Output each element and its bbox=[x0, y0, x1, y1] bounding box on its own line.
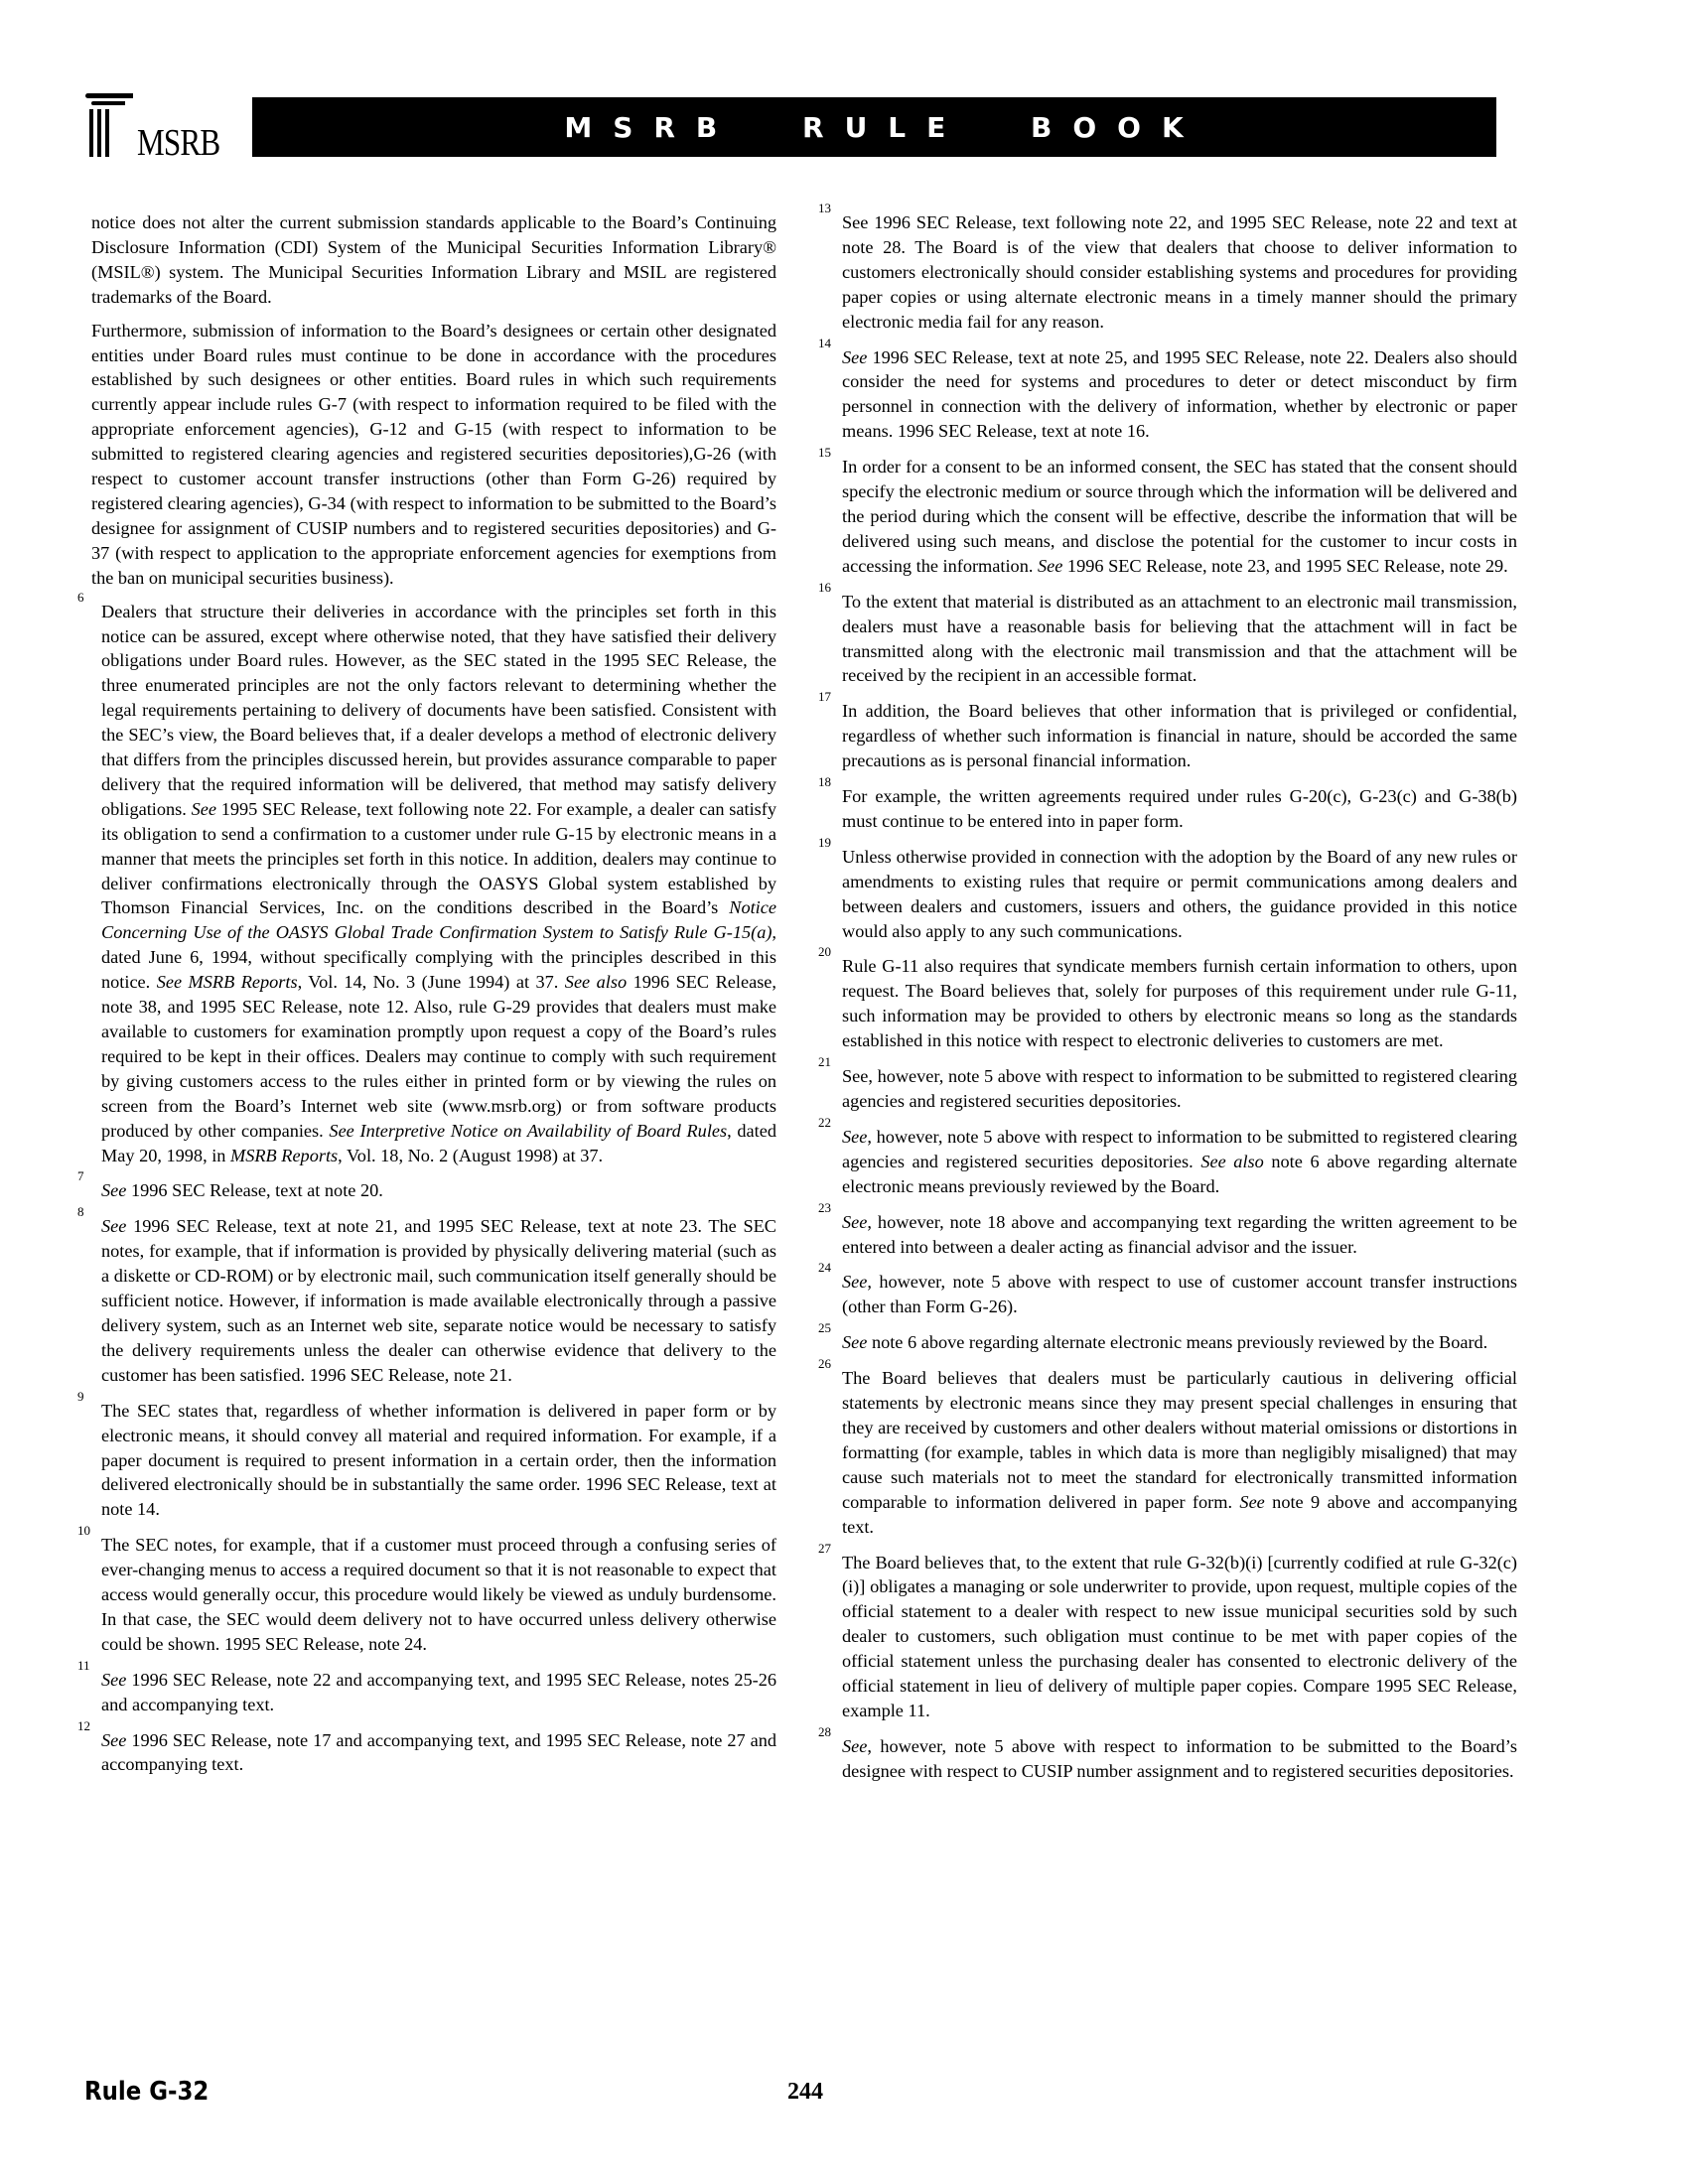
footnote-25: 25See note 6 above regarding alternate e… bbox=[832, 1330, 1517, 1355]
column-pillar-icon bbox=[105, 109, 109, 157]
footnote-text: See 1996 SEC Release, text following not… bbox=[842, 212, 1517, 332]
footnote-text: Dealers that structure their deliveries … bbox=[101, 602, 776, 819]
logo-text: MSRB bbox=[137, 124, 219, 162]
footnote-23: 23See, however, note 18 above and accomp… bbox=[832, 1210, 1517, 1260]
footnote-number: 14 bbox=[818, 337, 831, 349]
footnote-text: , Vol. 18, No. 2 (August 1998) at 37. bbox=[338, 1146, 603, 1165]
footnote-text: See, however, note 5 above with respect … bbox=[842, 1066, 1517, 1111]
footnote-text: 1996 SEC Release, note 17 and accompanyi… bbox=[101, 1730, 776, 1775]
footnote-7: 7See 1996 SEC Release, text at note 20. bbox=[91, 1178, 776, 1203]
footnote-number: 18 bbox=[818, 775, 831, 788]
footnote-text: In addition, the Board believes that oth… bbox=[842, 701, 1517, 770]
footnote-citation-italic: See also bbox=[565, 972, 627, 992]
footnote-26: 26The Board believes that dealers must b… bbox=[832, 1366, 1517, 1539]
banner-title: MSRB RULE BOOK bbox=[544, 111, 1203, 144]
footnote-citation-italic: See also bbox=[1200, 1152, 1263, 1171]
footnote-text: 1996 SEC Release, note 22 and accompanyi… bbox=[101, 1670, 776, 1714]
footnote-citation-italic: See bbox=[842, 1736, 867, 1756]
footnote-22: 22See, however, note 5 above with respec… bbox=[832, 1125, 1517, 1199]
header-banner: MSRB RULE BOOK bbox=[252, 97, 1496, 157]
footnote-number: 21 bbox=[818, 1055, 831, 1068]
footnote-text: 1996 SEC Release, note 38, and 1995 SEC … bbox=[101, 972, 776, 1140]
footnote-number: 9 bbox=[77, 1390, 84, 1403]
footnote-16: 16To the extent that material is distrib… bbox=[832, 590, 1517, 689]
footnote-citation-italic: See bbox=[842, 1332, 867, 1352]
footnote-text: The SEC states that, regardless of wheth… bbox=[101, 1401, 776, 1520]
left-column: notice does not alter the current submis… bbox=[91, 210, 776, 1788]
footnote-number: 19 bbox=[818, 836, 831, 849]
footnote-number: 16 bbox=[818, 581, 831, 594]
footnote-15: 15In order for a consent to be an inform… bbox=[832, 455, 1517, 579]
footnote-list: 13See 1996 SEC Release, text following n… bbox=[832, 210, 1517, 1784]
footnote-text: 1996 SEC Release, text at note 21, and 1… bbox=[101, 1216, 776, 1384]
body-paragraph: Furthermore, submission of information t… bbox=[91, 319, 776, 591]
footnote-number: 28 bbox=[818, 1725, 831, 1738]
footnote-text: To the extent that material is distribut… bbox=[842, 592, 1517, 686]
footnote-text: , however, note 5 above with respect to … bbox=[842, 1272, 1517, 1316]
footnote-citation-italic: See bbox=[101, 1730, 126, 1750]
footnote-citation-italic: See bbox=[842, 1212, 867, 1232]
footnote-citation-italic: MSRB Reports bbox=[230, 1146, 338, 1165]
footnote-citation-italic: See bbox=[1239, 1492, 1264, 1512]
right-column: 13See 1996 SEC Release, text following n… bbox=[832, 210, 1517, 1795]
footnote-text: 1996 SEC Release, text at note 20. bbox=[126, 1180, 382, 1200]
footnote-19: 19Unless otherwise provided in connectio… bbox=[832, 845, 1517, 944]
footnote-6: 6Dealers that structure their deliveries… bbox=[91, 600, 776, 1168]
footnote-citation-italic: See bbox=[101, 1670, 126, 1690]
footnote-text: 1996 SEC Release, text at note 25, and 1… bbox=[842, 347, 1517, 442]
footnote-13: 13See 1996 SEC Release, text following n… bbox=[832, 210, 1517, 335]
footnote-number: 24 bbox=[818, 1261, 831, 1274]
footnote-18: 18For example, the written agreements re… bbox=[832, 784, 1517, 834]
footnote-28: 28See, however, note 5 above with respec… bbox=[832, 1734, 1517, 1784]
footnote-citation-italic: See bbox=[842, 1127, 867, 1147]
footnote-text: The Board believes that, to the extent t… bbox=[842, 1553, 1517, 1720]
footnote-list: 6Dealers that structure their deliveries… bbox=[91, 600, 776, 1778]
footnote-number: 22 bbox=[818, 1116, 831, 1129]
footnote-text: , however, note 18 above and accompanyin… bbox=[842, 1212, 1517, 1257]
page-number: 244 bbox=[787, 2079, 823, 2106]
footnote-20: 20Rule G-11 also requires that syndicate… bbox=[832, 954, 1517, 1053]
footnote-number: 7 bbox=[77, 1169, 84, 1182]
column-capital-icon bbox=[91, 101, 125, 105]
footnote-number: 11 bbox=[77, 1659, 90, 1672]
footnote-number: 17 bbox=[818, 690, 831, 703]
footnote-citation-italic: See bbox=[192, 799, 216, 819]
footnote-number: 15 bbox=[818, 446, 831, 459]
body-paragraph: notice does not alter the current submis… bbox=[91, 210, 776, 310]
msrb-logo: MSRB bbox=[85, 93, 244, 163]
footnote-citation-italic: See MSRB Reports bbox=[157, 972, 298, 992]
footnote-citation-italic: See bbox=[101, 1180, 126, 1200]
footnote-number: 6 bbox=[77, 591, 84, 604]
footnote-number: 10 bbox=[77, 1524, 90, 1537]
footnote-8: 8See 1996 SEC Release, text at note 21, … bbox=[91, 1214, 776, 1387]
footnote-10: 10The SEC notes, for example, that if a … bbox=[91, 1533, 776, 1657]
footer-rule-label: Rule G-32 bbox=[84, 2077, 209, 2107]
footnote-number: 13 bbox=[818, 202, 831, 214]
footnote-text: The Board believes that dealers must be … bbox=[842, 1368, 1517, 1512]
column-pillar-icon bbox=[89, 109, 93, 157]
footnote-12: 12See 1996 SEC Release, note 17 and acco… bbox=[91, 1728, 776, 1778]
footnote-17: 17In addition, the Board believes that o… bbox=[832, 699, 1517, 773]
footnote-21: 21See, however, note 5 above with respec… bbox=[832, 1064, 1517, 1114]
footnote-number: 27 bbox=[818, 1542, 831, 1555]
footnote-citation-italic: See Interpretive Notice on Availability … bbox=[329, 1121, 727, 1141]
footnote-number: 23 bbox=[818, 1201, 831, 1214]
footnote-number: 8 bbox=[77, 1205, 84, 1218]
footnote-text: Unless otherwise provided in connection … bbox=[842, 847, 1517, 941]
footnote-number: 26 bbox=[818, 1357, 831, 1370]
footnote-text: , Vol. 14, No. 3 (June 1994) at 37. bbox=[298, 972, 565, 992]
footnote-text: note 6 above regarding alternate electro… bbox=[867, 1332, 1487, 1352]
footnote-14: 14See 1996 SEC Release, text at note 25,… bbox=[832, 345, 1517, 445]
footnote-number: 12 bbox=[77, 1719, 90, 1732]
footnote-9: 9The SEC states that, regardless of whet… bbox=[91, 1399, 776, 1523]
column-pillar-icon bbox=[97, 109, 101, 157]
footnote-number: 20 bbox=[818, 945, 831, 958]
footnote-text: 1996 SEC Release, note 23, and 1995 SEC … bbox=[1062, 556, 1507, 576]
footnote-text: Rule G-11 also requires that syndicate m… bbox=[842, 956, 1517, 1050]
footnote-citation-italic: See bbox=[101, 1216, 126, 1236]
footnote-citation-italic: See bbox=[1038, 556, 1062, 576]
footnote-text: , however, note 5 above with respect to … bbox=[842, 1736, 1517, 1781]
footnote-number: 25 bbox=[818, 1321, 831, 1334]
footnote-text: For example, the written agreements requ… bbox=[842, 786, 1517, 831]
footnote-27: 27The Board believes that, to the extent… bbox=[832, 1551, 1517, 1723]
footnote-11: 11See 1996 SEC Release, note 22 and acco… bbox=[91, 1668, 776, 1717]
footnote-24: 24See, however, note 5 above with respec… bbox=[832, 1270, 1517, 1319]
footnote-text: The SEC notes, for example, that if a cu… bbox=[101, 1535, 776, 1654]
footnote-citation-italic: See bbox=[842, 1272, 867, 1292]
footnote-citation-italic: See bbox=[842, 347, 867, 367]
column-capital-icon bbox=[85, 93, 133, 98]
